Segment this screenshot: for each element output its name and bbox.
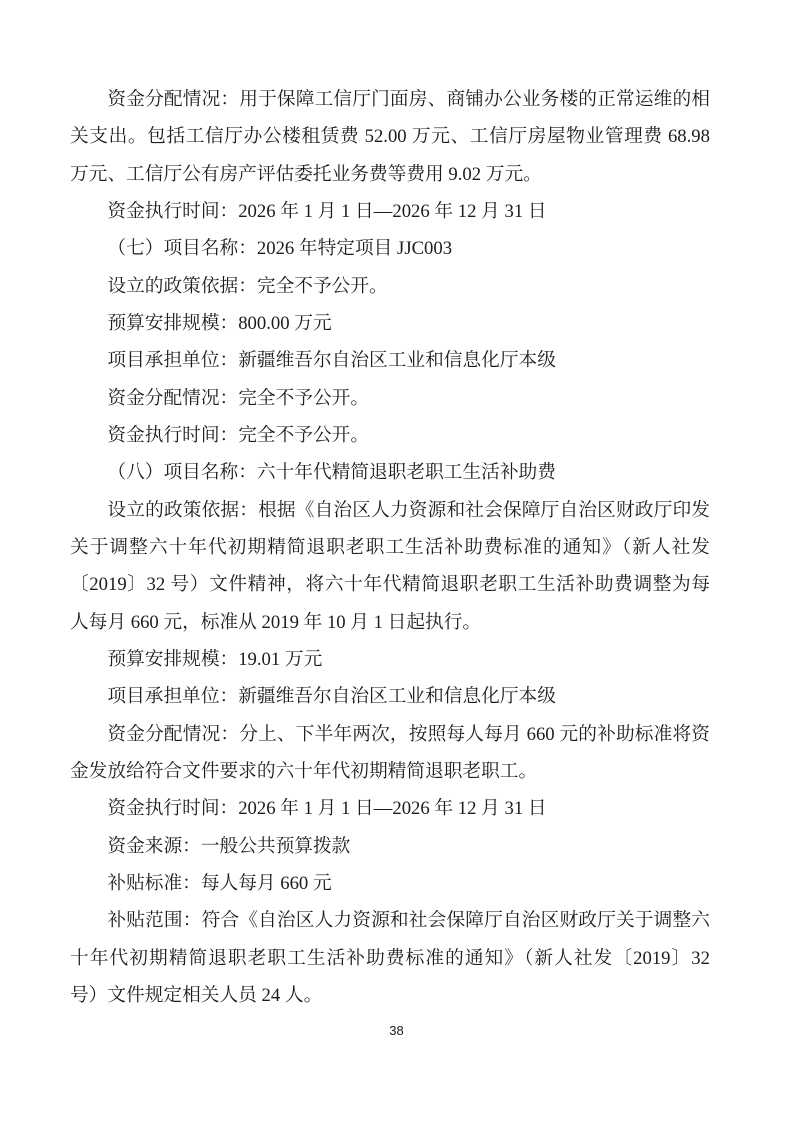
paragraph: 资金分配情况：用于保障工信厅门面房、商铺办公业务楼的正常运维的相关支出。包括工信…: [70, 81, 710, 193]
page-number: 38: [389, 1023, 403, 1038]
document-body: 资金分配情况：用于保障工信厅门面房、商铺办公业务楼的正常运维的相关支出。包括工信…: [70, 81, 710, 1014]
paragraph: 资金执行时间：2026 年 1 月 1 日—2026 年 12 月 31 日: [70, 790, 710, 827]
paragraph: 资金来源：一般公共预算拨款: [70, 828, 710, 865]
paragraph: 项目承担单位：新疆维吾尔自治区工业和信息化厅本级: [70, 678, 710, 715]
paragraph: 补贴范围：符合《自治区人力资源和社会保障厅自治区财政厅关于调整六十年代初期精简退…: [70, 902, 710, 1014]
paragraph: 补贴标准：每人每月 660 元: [70, 865, 710, 902]
document-page: 资金分配情况：用于保障工信厅门面房、商铺办公业务楼的正常运维的相关支出。包括工信…: [0, 0, 793, 1122]
paragraph: 预算安排规模：19.01 万元: [70, 641, 710, 678]
paragraph: 预算安排规模：800.00 万元: [70, 305, 710, 342]
paragraph: 资金分配情况：分上、下半年两次，按照每人每月 660 元的补助标准将资金发放给符…: [70, 716, 710, 791]
paragraph: 资金执行时间：完全不予公开。: [70, 417, 710, 454]
paragraph: 资金分配情况：完全不予公开。: [70, 380, 710, 417]
paragraph: （七）项目名称：2026 年特定项目 JJC003: [70, 230, 710, 267]
paragraph: 项目承担单位：新疆维吾尔自治区工业和信息化厅本级: [70, 342, 710, 379]
paragraph: 设立的政策依据：根据《自治区人力资源和社会保障厅自治区财政厅印发关于调整六十年代…: [70, 492, 710, 641]
paragraph: （八）项目名称：六十年代精简退职老职工生活补助费: [70, 454, 710, 491]
page-footer: 38: [0, 1022, 793, 1040]
paragraph: 资金执行时间：2026 年 1 月 1 日—2026 年 12 月 31 日: [70, 193, 710, 230]
paragraph: 设立的政策依据：完全不予公开。: [70, 268, 710, 305]
